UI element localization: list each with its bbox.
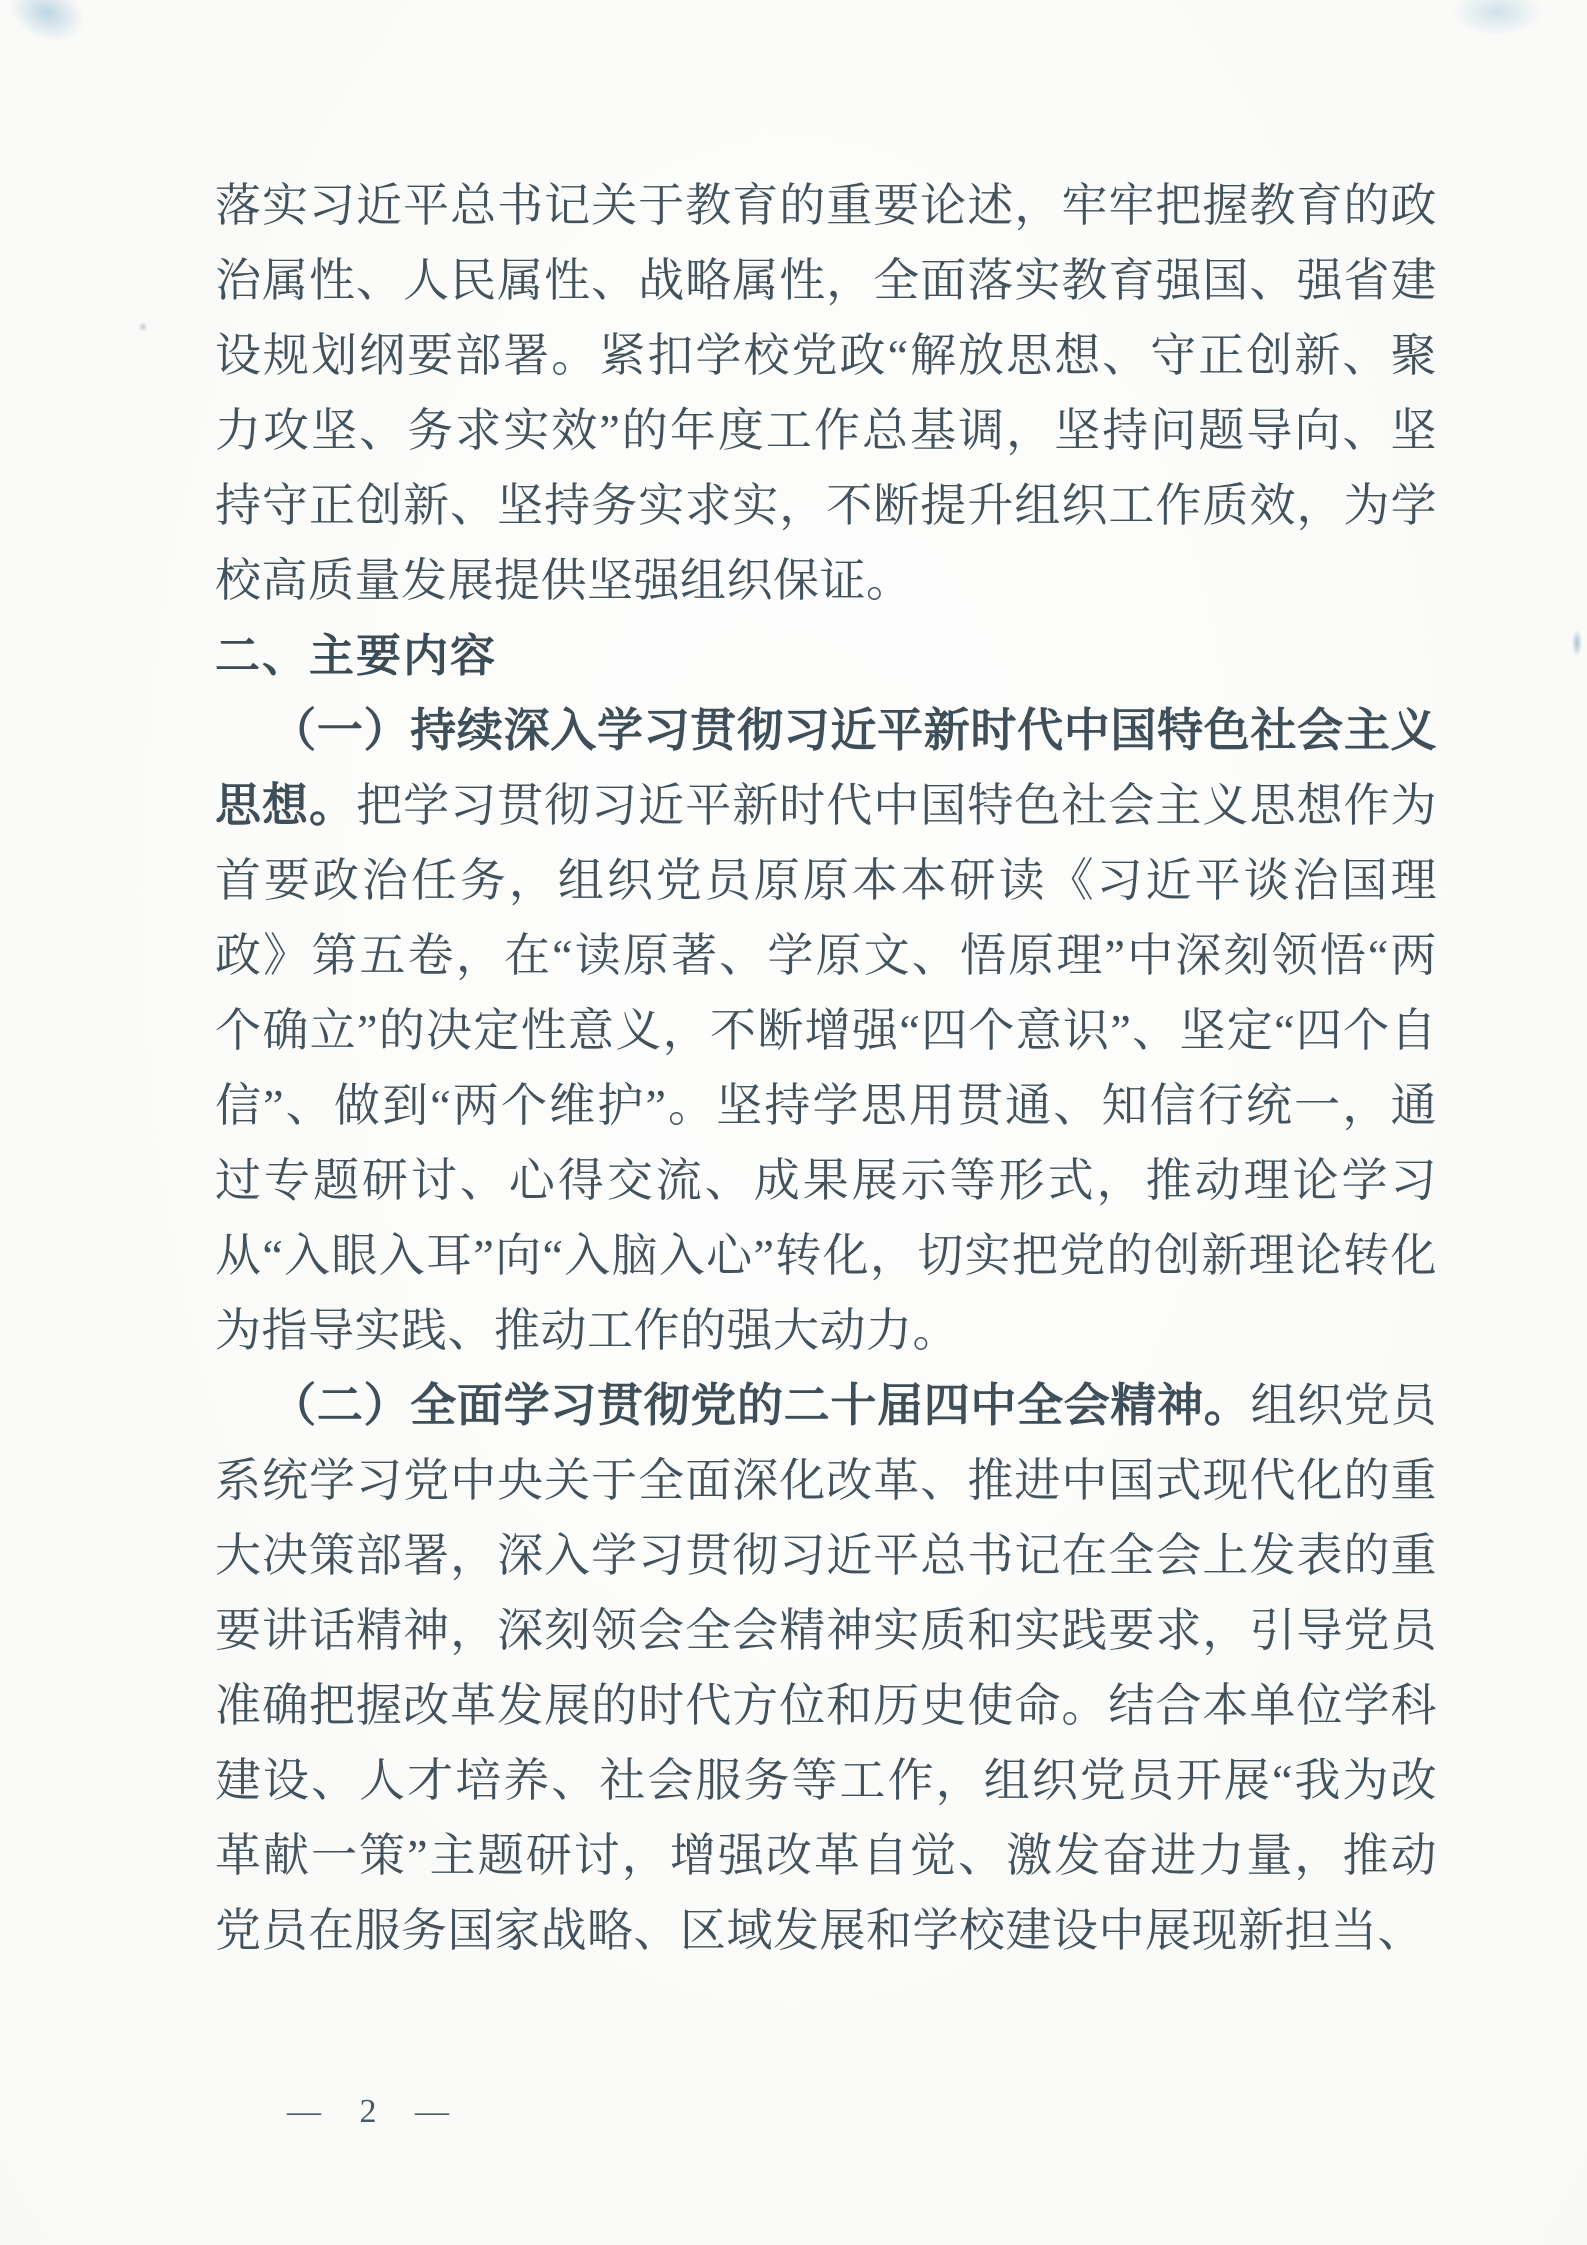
- intro-paragraph: 落实习近平总书记关于教育的重要论述，牢牢把握教育的政治属性、人民属性、战略属性，…: [215, 168, 1437, 618]
- section-heading-main-content: 二、主要内容: [215, 618, 1437, 693]
- item-2-lead: （二）全面学习贯彻党的二十届四中全会精神。: [270, 1380, 1250, 1431]
- document-body: 落实习近平总书记关于教育的重要论述，牢牢把握教育的政治属性、人民属性、战略属性，…: [215, 168, 1437, 1968]
- item-1-body: 把学习贯彻习近平新时代中国特色社会主义思想作为首要政治任务，组织党员原原本本研读…: [215, 780, 1437, 1356]
- item-2-paragraph: （二）全面学习贯彻党的二十届四中全会精神。组织党员系统学习党中央关于全面深化改革…: [215, 1368, 1437, 1968]
- page-number: — 2 —: [287, 2093, 451, 2131]
- item-1-paragraph: （一）持续深入学习贯彻习近平新时代中国特色社会主义思想。把学习贯彻习近平新时代中…: [215, 693, 1437, 1368]
- intro-paragraph-text: 落实习近平总书记关于教育的重要论述，牢牢把握教育的政治属性、人民属性、战略属性，…: [215, 180, 1437, 606]
- item-2-body: 组织党员系统学习党中央关于全面深化改革、推进中国式现代化的重大决策部署，深入学习…: [215, 1380, 1437, 1956]
